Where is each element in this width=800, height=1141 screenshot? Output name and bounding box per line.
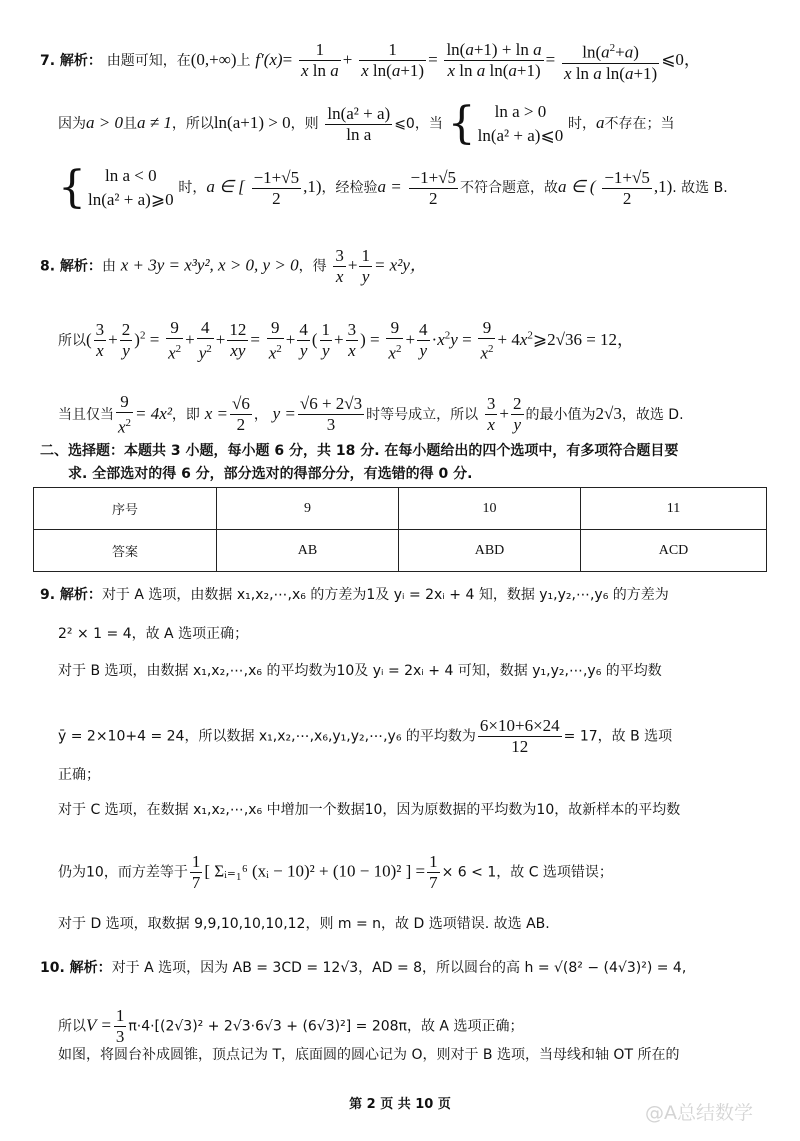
q8-line3: 当且仅当9x2= 4x²，即 x =√62， y =√6 + 2√33时等号成立… xyxy=(58,392,684,438)
q7-frac6: −1+√52 xyxy=(252,168,302,209)
q9-line2: 2² × 1 = 4，故 A 选项正确； xyxy=(58,624,248,644)
q7-fprime: f′(x) xyxy=(255,50,282,69)
q9-text: ȳ = 2×10+4 = 24，所以数据 x₁,x₂,⋯,x₆,y₁,y₂,⋯,… xyxy=(58,729,476,745)
q7-text1: 由题可知，在 xyxy=(107,53,191,69)
table-cell: AB xyxy=(217,530,399,572)
q9-line7: 仍为10，而方差等于17[ Σᵢ₌₁⁶ (xᵢ − 10)² + (10 − 1… xyxy=(58,852,613,893)
q8-label: 8. 解析： xyxy=(40,259,102,275)
q8-math: = x²y， xyxy=(374,256,427,275)
q7-frac4: ln(a2+a)x ln a ln(a+1) xyxy=(562,38,659,84)
table-header-number: 序号 xyxy=(34,488,217,530)
table-cell: 11 xyxy=(581,488,767,530)
q7-text: 时， xyxy=(178,180,206,196)
q9-text: = 17，故 B 选项 xyxy=(564,729,673,745)
table-row: 序号 9 10 11 xyxy=(34,488,767,530)
q7-label: 7. 解析： xyxy=(40,53,102,69)
q7-line2: 因为a > 0且a ≠ 1，所以ln(a+1) > 0，则 ln(a² + a)… xyxy=(58,100,674,148)
q8-line1: 8. 解析：由 x + 3y = x³y², x > 0, y > 0，得 3x… xyxy=(40,246,427,287)
q8-text: 所以 xyxy=(58,333,86,349)
q7-text: 不存在；当 xyxy=(604,116,674,132)
left-brace-icon: { xyxy=(448,102,476,146)
q7-math: a ∈ ( xyxy=(558,177,595,196)
q8-text: ，故选 D. xyxy=(622,407,684,423)
table-cell: 9 xyxy=(217,488,399,530)
q9-line1: 9. 解析：对于 A 选项，由数据 x₁,x₂,⋯,x₆ 的方差为1及 yᵢ =… xyxy=(40,584,669,605)
q7-text: 因为 xyxy=(58,116,86,132)
q9-label: 9. 解析： xyxy=(40,587,102,603)
q7-text2: 上 xyxy=(237,53,251,69)
q9-text: 对于 A 选项，由数据 x₁,x₂,⋯,x₆ 的方差为1及 yᵢ = 2xᵢ +… xyxy=(102,587,669,603)
watermark: @A总结数学 xyxy=(645,1098,753,1125)
q10-text: 对于 A 选项，因为 AB = 3CD = 12√3，AD = 8，所以圆台的高… xyxy=(112,960,687,976)
q9-text: × 6 < 1，故 C 选项错误； xyxy=(442,865,613,881)
q8-math: = 4x² xyxy=(135,404,172,423)
q9-math: [ Σᵢ₌₁⁶ (xᵢ − 10)² + (10 − 10)² ] = xyxy=(204,862,425,881)
q7-text: 时， xyxy=(568,116,596,132)
table-cell: ACD xyxy=(581,530,767,572)
answer-table: 序号 9 10 11 答案 AB ABD ACD xyxy=(33,487,767,572)
q7-line3: {ln a < 0ln(a² + a)⩾0 时，a ∈ [ −1+√52,1)，… xyxy=(58,164,728,212)
q7-text: . 故选 B. xyxy=(672,180,727,196)
q10-line2: 所以V =13π·4·[(2√3)² + 2√3·6√3 + (6√3)²] =… xyxy=(58,1006,523,1047)
section2-heading: 二、选择题：本题共 3 小题，每小题 6 分，共 18 分. 在每小题给出的四个… xyxy=(40,441,678,461)
q10-text: π·4·[(2√3)² + 2√3·6√3 + (6√3)²] = 208π，故… xyxy=(128,1019,523,1035)
q8-math: y = xyxy=(273,404,296,423)
q8-text: 时等号成立，所以 xyxy=(366,407,478,423)
q7-frac1: 1x ln a xyxy=(299,40,341,81)
q7-math: a = xyxy=(378,177,402,196)
table-header-answer: 答案 xyxy=(34,530,217,572)
q7-system1: ln a > 0ln(a² + a)⩽0 xyxy=(478,100,564,148)
q7-frac5: ln(a² + a)ln a xyxy=(325,104,392,145)
q7-text: ，则 xyxy=(291,116,319,132)
q7-text: ⩽0，当 xyxy=(394,116,443,132)
q8-text: ，即 xyxy=(172,407,200,423)
q9-line6: 对于 C 选项，在数据 x₁,x₂,⋯,x₆ 中增加一个数据10，因为原数据的平… xyxy=(58,800,680,820)
q7-math: a > 0 xyxy=(86,113,123,132)
q8-text: 当且仅当 xyxy=(58,407,114,423)
q8-line2: 所以(3x+2y)2 = 9x2+4y2+12xy= 9x2+4y(1y+3x)… xyxy=(58,318,634,364)
q8-text: 由 xyxy=(102,259,116,275)
q7-text: ，经检验 xyxy=(322,180,378,196)
q7-math: a ∈ [ xyxy=(206,177,244,196)
q10-line3: 如图，将圆台补成圆锥，顶点记为 T，底面圆的圆心记为 O，则对于 B 选项，当母… xyxy=(58,1045,679,1065)
q7-math: a ≠ 1 xyxy=(137,113,172,132)
q10-line1: 10. 解析：对于 A 选项，因为 AB = 3CD = 12√3，AD = 8… xyxy=(40,957,686,978)
q7-text: 且 xyxy=(123,116,137,132)
table-cell: ABD xyxy=(399,530,581,572)
q8-math: x + 3y = x³y², x > 0, y > 0 xyxy=(121,256,299,275)
q7-frac8: −1+√52 xyxy=(602,168,652,209)
q8-text: ，得 xyxy=(299,259,327,275)
q7-frac2: 1x ln(a+1) xyxy=(359,40,426,81)
q8-text: 的最小值为 xyxy=(526,407,596,423)
table-row: 答案 AB ABD ACD xyxy=(34,530,767,572)
q8-frac: 3x xyxy=(333,246,346,287)
left-brace-icon: { xyxy=(58,166,86,210)
q9-line8: 对于 D 选项，取数据 9,9,10,10,10,12，则 m = n，故 D … xyxy=(58,914,550,934)
q7-system2: ln a < 0ln(a² + a)⩾0 xyxy=(88,164,174,212)
q7-line1: 7. 解析： 由题可知，在(0,+∞)上 f′(x)= 1x ln a+ 1x … xyxy=(40,38,701,84)
q9-line3: 对于 B 选项，由数据 x₁,x₂,⋯,x₆ 的平均数为10及 yᵢ = 2xᵢ… xyxy=(58,661,662,681)
q10-label: 10. 解析： xyxy=(40,960,112,976)
q9-text: 仍为10，而方差等于 xyxy=(58,865,188,881)
q8-text: ， xyxy=(254,407,268,423)
section2-heading-cont: 求. 全部选对的得 6 分，部分选对的得部分分，有选错的得 0 分. xyxy=(68,464,473,484)
q8-math: x = xyxy=(205,404,228,423)
q10-text: 所以 xyxy=(58,1019,86,1035)
q7-math: ,1) xyxy=(654,177,672,196)
q8-frac: 1y xyxy=(359,246,372,287)
q9-line4: ȳ = 2×10+4 = 24，所以数据 x₁,x₂,⋯,x₆,y₁,y₂,⋯,… xyxy=(58,716,672,757)
q7-frac7: −1+√52 xyxy=(409,168,459,209)
q7-text: 不符合题意，故 xyxy=(460,180,558,196)
q7-text: ，所以 xyxy=(172,116,214,132)
q10-math: V = xyxy=(86,1016,112,1035)
q7-interval: (0,+∞) xyxy=(191,50,237,69)
q9-line5: 正确； xyxy=(58,765,100,785)
q7-math: ,1) xyxy=(303,177,321,196)
q8-math: 2√3 xyxy=(596,404,622,423)
q7-math: ln(a+1) > 0 xyxy=(214,113,291,132)
q7-frac3: ln(a+1) + ln ax ln a ln(a+1) xyxy=(444,40,543,81)
table-cell: 10 xyxy=(399,488,581,530)
